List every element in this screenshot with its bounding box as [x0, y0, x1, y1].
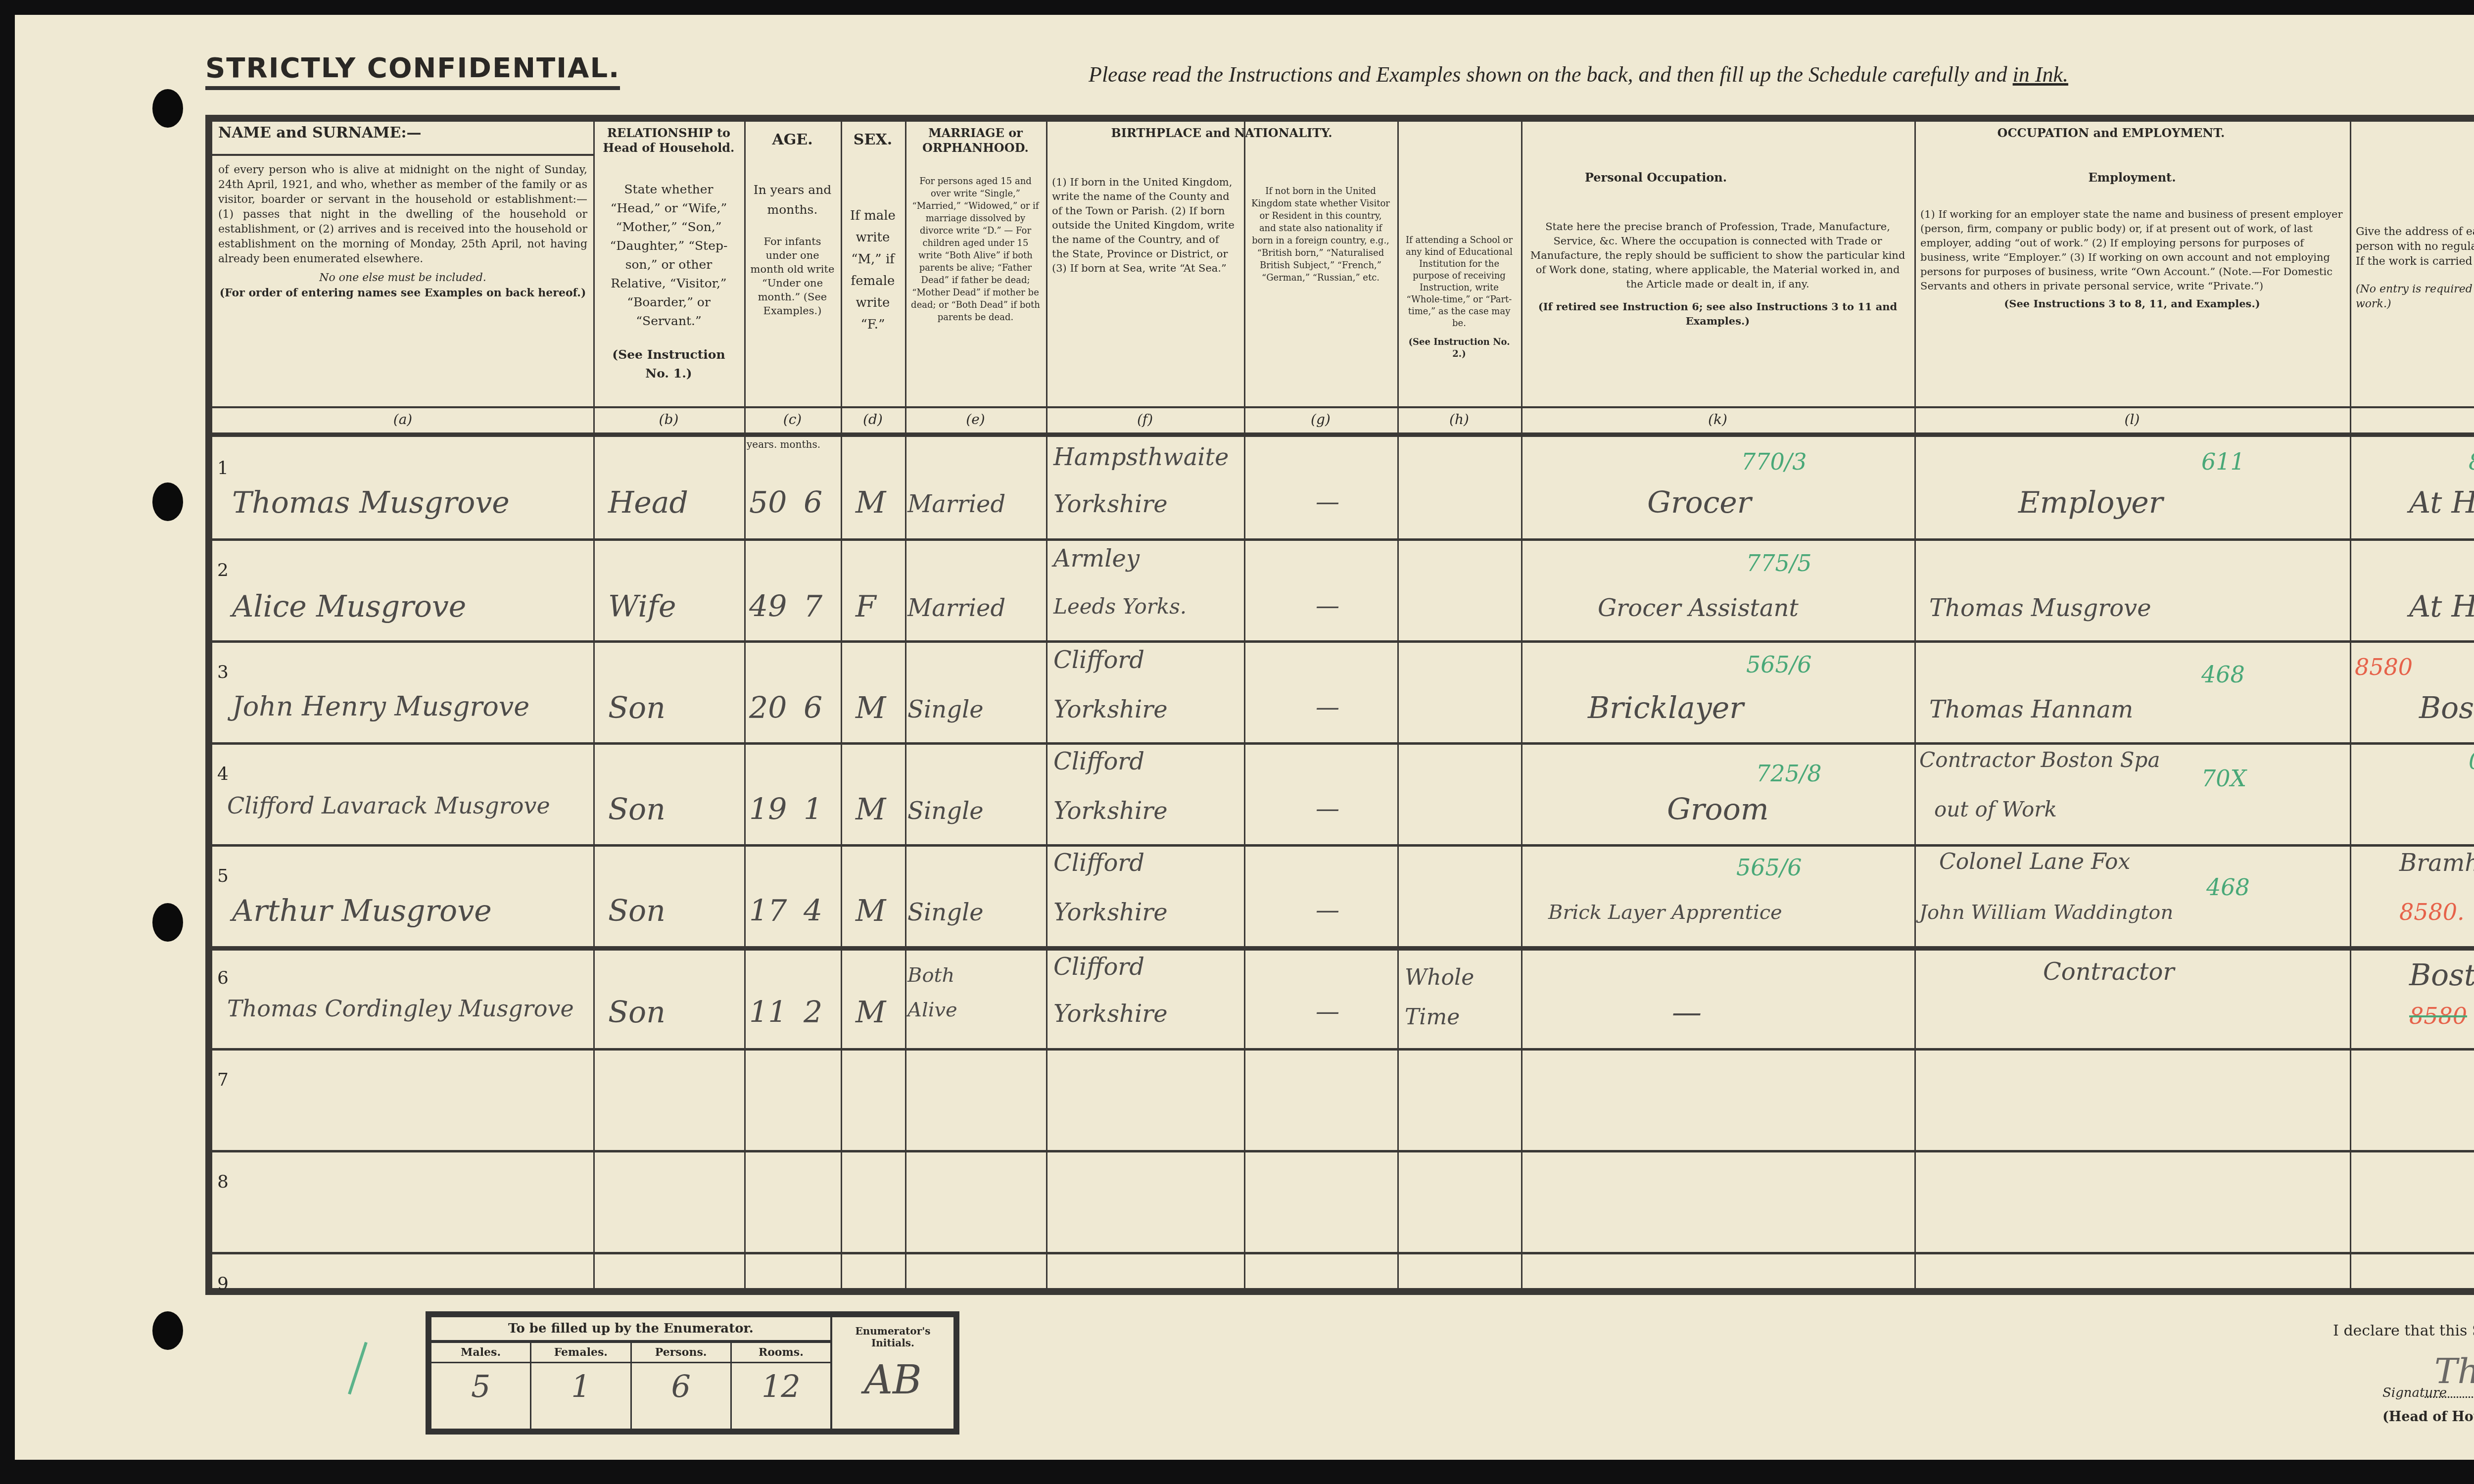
person-employment[interactable]: Employer: [2018, 485, 2163, 520]
person-age-years[interactable]: 19: [749, 792, 787, 827]
header-employment-note: (See Instructions 3 to 8, 11, and Exampl…: [1920, 296, 2344, 311]
person-age-months[interactable]: 6: [804, 485, 822, 520]
person-occupation[interactable]: —: [1672, 995, 1702, 1030]
header-marriage: MARRIAGE or ORPHANHOOD.: [905, 122, 1046, 159]
header-sex-text: If male write “M,” if female write “F.”: [847, 205, 899, 335]
person-occupation[interactable]: Groom: [1667, 792, 1769, 827]
persons-cell: Persons. 6: [632, 1343, 732, 1429]
person-age-years[interactable]: 20: [749, 691, 787, 725]
header-place-of-work-body: Give the address of each person's place …: [2350, 221, 2474, 316]
person-name[interactable]: Clifford Lavarack Musgrove: [227, 792, 550, 819]
person-marriage[interactable]: Both Alive: [907, 958, 982, 1027]
header-marriage-title: MARRIAGE or ORPHANHOOD.: [911, 126, 1040, 155]
males-cell: Males. 5: [431, 1343, 531, 1429]
person-relationship[interactable]: Head: [608, 485, 688, 520]
header-marriage-body: For persons aged 15 and over write “Sing…: [905, 171, 1046, 328]
row-number: 8: [217, 1172, 229, 1192]
header-age: AGE.: [744, 129, 841, 151]
person-age-months[interactable]: 2: [804, 995, 822, 1030]
person-place-of-work[interactable]: Boston Spa: [2409, 958, 2474, 993]
person-place-of-work[interactable]: At Home: [2409, 589, 2474, 624]
persons-label: Persons.: [632, 1343, 730, 1363]
header-name-body: of every person who is alive at midnight…: [212, 159, 593, 304]
occupation-code: 775/5: [1746, 550, 1812, 576]
col-letter-h: (h): [1397, 411, 1521, 428]
header-sex-title: SEX.: [847, 133, 899, 147]
person-relationship[interactable]: Son: [608, 995, 666, 1030]
person-birthplace-county[interactable]: Yorkshire: [1053, 797, 1168, 825]
person-birthplace-town[interactable]: Clifford: [1053, 646, 1144, 674]
header-place-of-work: Place of Work.: [2350, 166, 2474, 189]
header-place-of-work-text: Give the address of each person's place …: [2356, 225, 2474, 269]
household-schedule-table: NAME and SURNAME:— of every person who i…: [205, 115, 2474, 1295]
person-employment[interactable]: Contractor Boston Spa: [1919, 748, 2160, 772]
header-age-title: AGE.: [750, 133, 835, 147]
punch-hole: [152, 903, 183, 942]
col-letter-m: (m): [2350, 411, 2474, 428]
employment-code: 468: [2206, 874, 2250, 901]
header-age-note: For infants under one month old write “U…: [750, 235, 835, 318]
person-employment-detail[interactable]: out of Work: [1934, 797, 2057, 821]
person-occupation[interactable]: Grocer: [1647, 485, 1752, 520]
col-letter-b: (b): [593, 411, 744, 428]
person-employment-detail[interactable]: John William Waddington: [1919, 901, 2173, 924]
instruction-line: Please read the Instructions and Example…: [1089, 62, 2068, 87]
row-rule: [212, 1150, 2474, 1152]
header-personal-occupation-body: State here the precise branch of Profess…: [1521, 216, 1914, 332]
person-name[interactable]: John Henry Musgrove: [232, 691, 529, 722]
person-nationality[interactable]: —: [1316, 896, 1339, 924]
col-letter-g: (g): [1244, 411, 1397, 428]
person-birthplace-town[interactable]: Clifford: [1053, 953, 1144, 981]
person-birthplace-county[interactable]: Leeds Yorks.: [1053, 594, 1187, 619]
header-divider: [212, 154, 593, 156]
person-occupation[interactable]: Bricklayer: [1588, 691, 1744, 725]
header-birthplace-f: (1) If born in the United Kingdom, write…: [1046, 171, 1244, 280]
header-place-of-work-note: (No entry is required for any person who…: [2356, 282, 2474, 312]
enumerator-initials-label: Enumerator's Initials.: [832, 1317, 953, 1352]
person-age-years[interactable]: 11: [749, 995, 787, 1030]
person-employment[interactable]: Thomas Hannam: [1929, 696, 2133, 723]
person-nationality[interactable]: —: [1316, 998, 1339, 1025]
rooms-label: Rooms.: [732, 1343, 830, 1363]
rooms-value[interactable]: 12: [732, 1363, 830, 1429]
signature-note: (Head of Household, Manager of Establish…: [2382, 1409, 2474, 1425]
person-name[interactable]: Arthur Musgrove: [232, 894, 492, 928]
header-school-h-note: (See Instruction No. 2.): [1403, 336, 1515, 360]
place-code: 8580·07.: [2469, 448, 2474, 475]
header-personal-occupation-title: Personal Occupation.: [1403, 170, 1908, 185]
row-rule: [212, 844, 2474, 847]
row-number: 3: [217, 662, 229, 682]
header-personal-occupation-note: (If retired see Instruction 6; see also …: [1527, 299, 1908, 328]
enumerator-initials-value[interactable]: AB: [832, 1352, 953, 1429]
row-number: 9: [217, 1274, 229, 1294]
place-code-red: 8580: [2409, 1003, 2467, 1029]
person-nationality[interactable]: —: [1316, 592, 1339, 620]
row-number: 7: [217, 1070, 229, 1090]
col-letter-l: (l): [1914, 411, 2350, 428]
place-code-red: 8580.: [2399, 899, 2465, 925]
person-employment[interactable]: Thomas Musgrove: [1929, 594, 2151, 622]
employment-code: 70X: [2201, 765, 2246, 792]
person-sex[interactable]: M: [856, 894, 886, 928]
person-school-attendance[interactable]: Whole Time: [1405, 958, 1479, 1037]
person-relationship[interactable]: Son: [608, 894, 666, 928]
person-age-months[interactable]: 4: [804, 894, 822, 928]
header-school-h: If attending a School or any kind of Edu…: [1397, 231, 1521, 364]
header-age-body: In years and months. For infants under o…: [744, 176, 841, 322]
person-birthplace-county[interactable]: Yorkshire: [1053, 490, 1168, 518]
person-birthplace-county[interactable]: Yorkshire: [1053, 899, 1168, 926]
person-birthplace-town[interactable]: Hampsthwaite: [1053, 443, 1229, 471]
person-sex[interactable]: F: [856, 589, 876, 624]
header-birthplace-title: BIRTHPLACE and NATIONALITY.: [1052, 126, 1391, 141]
col-letter-d: (d): [841, 411, 905, 428]
signature-label: Signature: [2382, 1386, 2447, 1400]
person-sex[interactable]: M: [856, 691, 886, 725]
person-place-of-work[interactable]: Bramham Park: [2399, 849, 2474, 877]
person-relationship[interactable]: Wife: [608, 589, 676, 624]
person-occupation[interactable]: Brick Layer Apprentice: [1548, 901, 1782, 924]
person-place-of-work[interactable]: Boston Spa: [2419, 691, 2474, 725]
col-letter-c: (c): [744, 411, 841, 428]
person-marriage[interactable]: Single: [907, 797, 984, 825]
row-number: 2: [217, 560, 229, 580]
header-nationality-g-text: If not born in the United Kingdom state …: [1250, 185, 1391, 284]
declaration-text: I declare that this Schedule is correctl…: [2333, 1322, 2474, 1340]
enumerator-summary-box: To be filled up by the Enumerator. Males…: [426, 1311, 959, 1435]
header-personal-occupation-text: State here the precise branch of Profess…: [1527, 220, 1908, 291]
age-subheader: years. months.: [747, 438, 820, 450]
person-age-months[interactable]: 7: [804, 589, 822, 624]
header-sex-body: If male write “M,” if female write “F.”: [841, 201, 905, 339]
header-name: NAME and SURNAME:—: [212, 122, 593, 144]
row-number: 1: [217, 458, 229, 479]
person-name[interactable]: Alice Musgrove: [232, 589, 466, 624]
person-name[interactable]: Thomas Musgrove: [232, 485, 510, 520]
header-employment-text: (1) If working for an employer state the…: [1920, 207, 2344, 293]
col-letter-e: (e): [905, 411, 1046, 428]
person-relationship[interactable]: Son: [608, 691, 666, 725]
employment-code: 468: [2201, 661, 2245, 688]
person-sex[interactable]: M: [856, 792, 886, 827]
header-relationship: RELATIONSHIP to Head of Household.: [593, 122, 744, 159]
row-rule: [212, 1252, 2474, 1254]
person-nationality[interactable]: —: [1316, 795, 1339, 822]
place-code: 00X: [2469, 748, 2474, 774]
row-number: 6: [217, 968, 229, 988]
person-age-years[interactable]: 17: [749, 894, 787, 928]
row-rule: [212, 640, 2474, 643]
person-place-of-work[interactable]: At Home: [2409, 485, 2474, 520]
header-relationship-text: State whether “Head,” or “Wife,” “Mother…: [599, 180, 738, 331]
header-employment: Employment.: [1914, 166, 2350, 189]
occupation-code: 725/8: [1756, 760, 1822, 787]
header-occupation-title: OCCUPATION and EMPLOYMENT.: [1527, 126, 2474, 141]
person-marriage[interactable]: Single: [907, 899, 984, 926]
rooms-cell: Rooms. 12: [732, 1343, 830, 1429]
row-rule: [212, 946, 2474, 951]
person-name[interactable]: Thomas Cordingley Musgrove: [227, 995, 574, 1022]
header-nationality-g: If not born in the United Kingdom state …: [1244, 181, 1397, 288]
occupation-code: 565/6: [1736, 854, 1802, 881]
occupation-code: 770/3: [1741, 448, 1807, 475]
person-birthplace-town[interactable]: Clifford: [1053, 849, 1144, 877]
females-cell: Females. 1: [531, 1343, 631, 1429]
person-birthplace-town[interactable]: Clifford: [1053, 748, 1144, 775]
header-name-order: (For order of entering names see Example…: [218, 286, 587, 300]
person-age-years[interactable]: 49: [749, 589, 787, 624]
header-employment-body: (1) If working for an employer state the…: [1914, 203, 2350, 315]
person-employment[interactable]: Colonel Lane Fox: [1939, 849, 2130, 874]
row-number: 4: [217, 764, 229, 784]
header-birthplace: BIRTHPLACE and NATIONALITY.: [1046, 122, 1397, 144]
person-occupation[interactable]: Grocer Assistant: [1598, 594, 1799, 622]
instruction-ink: in Ink.: [2013, 62, 2068, 87]
persons-value[interactable]: 6: [632, 1363, 730, 1429]
place-code-red: 8580: [2355, 654, 2413, 680]
row-rule: [212, 538, 2474, 541]
punch-hole: [152, 482, 183, 521]
header-name-note: No one else must be included.: [218, 271, 587, 286]
person-age-months[interactable]: 6: [804, 691, 822, 725]
letter-row-divider: [212, 406, 2474, 408]
person-nationality[interactable]: —: [1316, 488, 1339, 516]
employment-code: 611: [2201, 448, 2245, 475]
row-rule: [212, 742, 2474, 745]
person-marriage[interactable]: Married: [907, 490, 1005, 518]
header-birthplace-f-text: (1) If born in the United Kingdom, write…: [1052, 175, 1238, 276]
person-age-years[interactable]: 50: [749, 485, 787, 520]
males-value[interactable]: 5: [431, 1363, 530, 1429]
header-marriage-text: For persons aged 15 and over write “Sing…: [911, 175, 1040, 324]
col-letter-k: (k): [1521, 411, 1914, 428]
punch-hole: [152, 89, 183, 128]
person-sex[interactable]: M: [856, 995, 886, 1030]
header-occupation-employment: OCCUPATION and EMPLOYMENT.: [1521, 122, 2474, 144]
person-marriage[interactable]: Single: [907, 696, 984, 723]
person-birthplace-county[interactable]: Yorkshire: [1053, 696, 1168, 723]
header-name-text: of every person who is alive at midnight…: [218, 163, 587, 267]
row-rule: [212, 1048, 2474, 1051]
header-bottom-rule: [212, 432, 2474, 437]
females-label: Females.: [531, 1343, 630, 1363]
header-relationship-body: State whether “Head,” or “Wife,” “Mother…: [593, 176, 744, 387]
person-employment[interactable]: Contractor: [2043, 958, 2174, 986]
person-marriage[interactable]: Married: [907, 594, 1005, 622]
person-sex[interactable]: M: [856, 485, 886, 520]
person-age-months[interactable]: 1: [804, 792, 822, 827]
header-personal-occupation: Personal Occupation.: [1397, 166, 1914, 189]
header-age-text: In years and months.: [750, 180, 835, 220]
signature-line: [2425, 1396, 2474, 1398]
header-school-h-text: If attending a School or any kind of Edu…: [1403, 235, 1515, 330]
header-place-of-work-title: Place of Work.: [2356, 170, 2474, 185]
header-employment-title: Employment.: [1920, 170, 2344, 185]
header-relationship-title: RELATIONSHIP to Head of Household.: [599, 126, 738, 155]
males-label: Males.: [431, 1343, 530, 1363]
header-sex: SEX.: [841, 129, 905, 151]
header-relationship-note: (See Instruction No. 1.): [599, 345, 738, 383]
col-letter-a: (a): [212, 411, 593, 428]
header-name-title: NAME and SURNAME:—: [218, 126, 587, 141]
enumerator-summary-title: To be filled up by the Enumerator.: [431, 1317, 830, 1343]
person-birthplace-county[interactable]: Yorkshire: [1053, 1000, 1168, 1028]
punch-hole: [152, 1311, 183, 1350]
confidential-heading: STRICTLY CONFIDENTIAL.: [205, 52, 620, 90]
instruction-text: Please read the Instructions and Example…: [1089, 62, 2007, 87]
person-relationship[interactable]: Son: [608, 792, 666, 827]
person-nationality[interactable]: —: [1316, 693, 1339, 721]
col-letter-f: (f): [1046, 411, 1244, 428]
person-birthplace-town[interactable]: Armley: [1053, 545, 1140, 573]
occupation-code: 565/6: [1746, 651, 1812, 678]
row-number: 5: [217, 866, 229, 886]
females-value[interactable]: 1: [531, 1363, 630, 1429]
